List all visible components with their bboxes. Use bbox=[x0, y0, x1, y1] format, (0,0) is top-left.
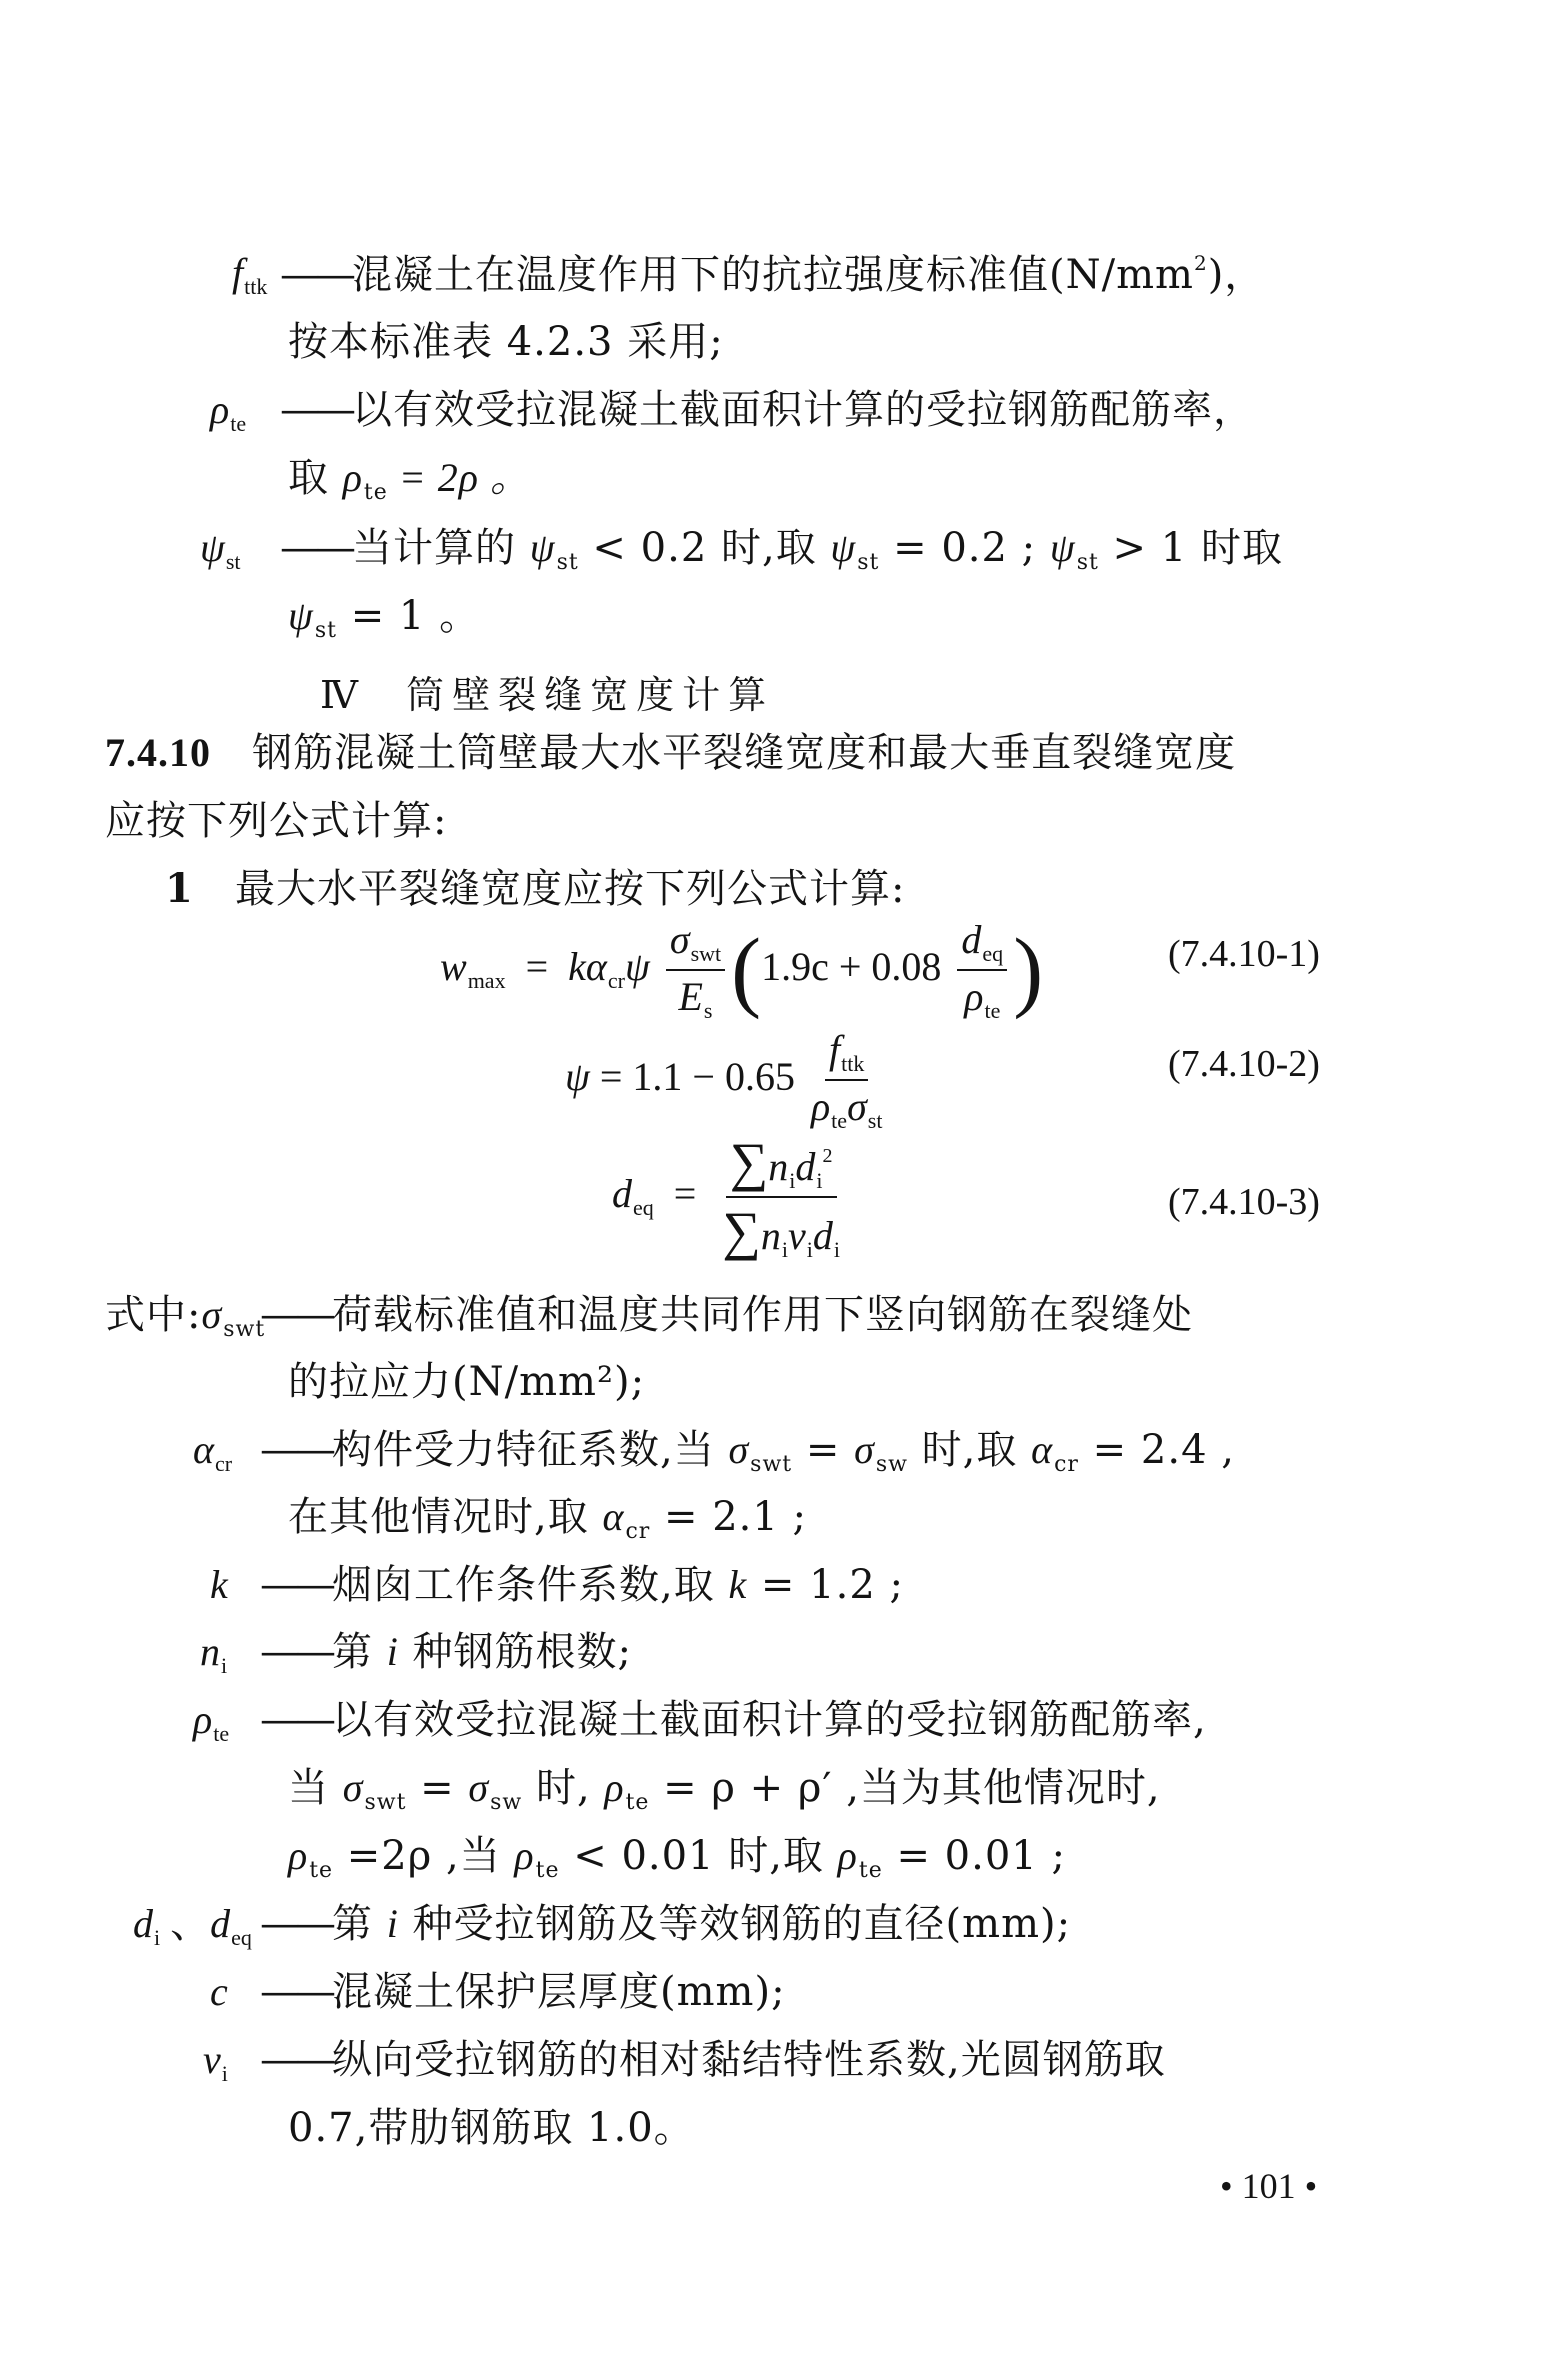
definition-text: 以有效受拉混凝土截面积计算的受拉钢筋配筋率， bbox=[352, 387, 1254, 433]
em-dash: —— bbox=[260, 1427, 332, 1473]
equation-7-4-10-1: wmax = kαcrψ σswt Es (1.9c + 0.08 deq ρt… bbox=[440, 920, 1043, 1022]
symbol-letter: ψ bbox=[1050, 525, 1076, 570]
symbol-letter: ρ bbox=[343, 455, 363, 500]
equation-number-3: (7.4.10-3) bbox=[1168, 1180, 1320, 1224]
eq-symbol: ρ bbox=[811, 1084, 830, 1129]
equation-number-1: (7.4.10-1) bbox=[1168, 932, 1320, 976]
fraction: deq ρte bbox=[957, 920, 1007, 1022]
equation-7-4-10-2: ψ = 1.1 − 0.65 fttk ρteσst bbox=[565, 1030, 888, 1132]
definition-text: 混凝土保护层厚度(mm); bbox=[332, 1969, 786, 2015]
symbol-subscript: st bbox=[315, 618, 337, 643]
text: = 0.2 ; bbox=[879, 525, 1049, 571]
text: 第 bbox=[332, 1901, 387, 1947]
section-numeral: Ⅳ bbox=[320, 673, 366, 717]
em-dash: —— bbox=[260, 1562, 332, 1608]
definition-sigma-swt-line2: 的拉应力(N/mm²); bbox=[288, 1362, 645, 1402]
item-number: 1 bbox=[165, 865, 194, 912]
equation-7-4-10-3: deq = ∑nidi2 ∑niνidi bbox=[612, 1135, 846, 1261]
definition-psi-st-line1: ——当计算的 ψst < 0.2 时,取 ψst = 0.2 ; ψst > 1… bbox=[280, 528, 1283, 574]
section-heading: Ⅳ 筒壁裂缝宽度计算 bbox=[320, 664, 774, 719]
where-label: 式中:σswt bbox=[105, 1295, 265, 1341]
symbol-n-i: ni bbox=[200, 1632, 227, 1677]
definition-psi-st-line2: ψst = 1 。 bbox=[288, 596, 480, 642]
symbol-letter: ψ bbox=[530, 525, 556, 570]
eq-symbol: w bbox=[440, 944, 467, 989]
equation-number-2: (7.4.10-2) bbox=[1168, 1042, 1320, 1086]
definition-k-line1: ——烟囱工作条件系数,取 k = 1.2 ; bbox=[260, 1565, 904, 1605]
text: 时, bbox=[522, 1765, 604, 1811]
text: 时,取 bbox=[908, 1427, 1031, 1473]
eq-subscript: cr bbox=[608, 968, 625, 993]
definition-n-i-line1: ——第 i 种钢筋根数; bbox=[260, 1632, 632, 1672]
text: 当 bbox=[288, 1765, 343, 1811]
text: =2ρ ,当 bbox=[333, 1833, 514, 1879]
definition-c-line1: ——混凝土保护层厚度(mm); bbox=[260, 1972, 786, 2012]
item-text: 最大水平裂缝宽度应按下列公式计算: bbox=[235, 866, 905, 912]
symbol-subscript: st bbox=[857, 550, 879, 575]
symbol-letter: ψ bbox=[830, 525, 856, 570]
text: 种受拉钢筋及等效钢筋的直径(mm); bbox=[399, 1901, 1071, 1947]
text: = ρ + ρ′ ,当为其他情况时, bbox=[649, 1765, 1160, 1811]
em-dash: —— bbox=[260, 1292, 332, 1338]
fraction: σswt Es bbox=[666, 920, 725, 1022]
symbol-letter: d bbox=[133, 1901, 153, 1946]
text: 构件受力特征系数,当 bbox=[332, 1427, 728, 1473]
symbol-subscript: te bbox=[364, 480, 388, 505]
symbol-letter: k bbox=[210, 1562, 228, 1607]
em-dash: —— bbox=[260, 1969, 332, 2015]
em-dash: —— bbox=[260, 1901, 332, 1947]
symbol-letter: k bbox=[728, 1562, 747, 1607]
symbol-subscript: te bbox=[213, 1721, 229, 1746]
symbol-letter: ψ bbox=[288, 593, 314, 638]
item-1: 1 最大水平裂缝宽度应按下列公式计算: bbox=[165, 869, 905, 909]
definition-text-after: )， bbox=[1208, 252, 1266, 298]
section-title: 筒壁裂缝宽度计算 bbox=[406, 673, 774, 717]
text: = 2.4 , bbox=[1079, 1427, 1235, 1473]
eq-symbol: E bbox=[678, 974, 702, 1019]
symbol-letter: c bbox=[210, 1969, 228, 2014]
symbol-letter: n bbox=[200, 1629, 220, 1674]
symbol-subscript: eq bbox=[231, 1925, 252, 1950]
em-dash: —— bbox=[260, 1697, 332, 1743]
symbol-subscript: ttk bbox=[244, 274, 267, 299]
eq-symbol: σ bbox=[670, 917, 690, 962]
eq-symbol: d bbox=[961, 917, 981, 962]
symbol-c: c bbox=[210, 1972, 228, 2012]
text: = 1 。 bbox=[337, 593, 480, 639]
text: < 0.01 时,取 bbox=[560, 1833, 838, 1879]
text: 第 bbox=[332, 1629, 387, 1675]
symbol-subscript: swt bbox=[750, 1452, 792, 1477]
eq-symbol: ψ bbox=[565, 1054, 590, 1099]
text: 烟囱工作条件系数,取 bbox=[332, 1562, 728, 1608]
definition-d-line1: ——第 i 种受拉钢筋及等效钢筋的直径(mm); bbox=[260, 1904, 1071, 1944]
separator: 、 bbox=[160, 1901, 210, 1946]
symbol-letter: σ bbox=[201, 1292, 222, 1337]
eq-symbol: ρ bbox=[964, 974, 983, 1019]
symbol-psi-st: ψst bbox=[200, 528, 241, 573]
eq-symbol: ψ bbox=[625, 944, 650, 989]
symbol-letter: i bbox=[387, 1901, 399, 1946]
definition-rho-te-line2: 取 ρte = 2ρ 。 bbox=[288, 458, 531, 504]
eq-subscript: s bbox=[704, 998, 713, 1023]
eq-subscript: te bbox=[984, 998, 1000, 1023]
symbol-letter: i bbox=[387, 1629, 399, 1674]
symbol-rho-te: ρte bbox=[210, 390, 246, 435]
definition-rho-te-2-line2: 当 σswt = σsw 时, ρte = ρ + ρ′ ,当为其他情况时, bbox=[288, 1768, 1161, 1814]
symbol-subscript: st bbox=[1077, 550, 1099, 575]
symbol-nu-i: νi bbox=[203, 2040, 228, 2085]
eq-subscript: max bbox=[468, 968, 506, 993]
symbol-letter: ρ bbox=[193, 1697, 212, 1742]
eq-subscript: swt bbox=[691, 941, 722, 966]
definition-rho-te-2-line1: ——以有效受拉混凝土截面积计算的受拉钢筋配筋率, bbox=[260, 1700, 1207, 1740]
em-dash: —— bbox=[280, 387, 352, 433]
symbol-subscript: i bbox=[222, 2061, 228, 2086]
symbol-subscript: st bbox=[557, 550, 579, 575]
text: > 1 时取 bbox=[1099, 525, 1283, 571]
eq-subscript: ttk bbox=[841, 1051, 864, 1076]
text: < 0.2 时,取 bbox=[579, 525, 831, 571]
clause-number: 7.4.10 bbox=[105, 730, 211, 775]
text: = 2.1 ; bbox=[650, 1494, 807, 1540]
where-text: 式中: bbox=[105, 1292, 201, 1338]
eq-subscript: st bbox=[868, 1108, 883, 1133]
eq-subscript: eq bbox=[982, 941, 1003, 966]
symbol-d-i-d-eq: di 、deq bbox=[133, 1904, 252, 1949]
symbol-letter: α bbox=[193, 1427, 214, 1472]
text: = bbox=[792, 1427, 854, 1473]
symbol-letter: d bbox=[210, 1901, 230, 1946]
text: 种钢筋根数; bbox=[399, 1629, 632, 1675]
symbol-rho-te-2: ρte bbox=[193, 1700, 229, 1745]
em-dash: —— bbox=[280, 252, 352, 298]
text: 取 bbox=[288, 455, 343, 501]
symbol-subscript: swt bbox=[223, 1317, 265, 1342]
fraction: ∑nidi2 ∑niνidi bbox=[722, 1135, 840, 1261]
symbol-letter: f bbox=[232, 250, 243, 295]
symbol-subscript: st bbox=[226, 549, 241, 574]
clause-7-4-10-line1: 7.4.10 钢筋混凝土筒壁最大水平裂缝宽度和最大垂直裂缝宽度 bbox=[105, 733, 1236, 773]
fraction: fttk ρteσst bbox=[811, 1030, 883, 1132]
eq-text: = 1.1 − 0.65 bbox=[600, 1054, 795, 1099]
eq-symbol: σ bbox=[847, 1084, 867, 1129]
definition-text: 混凝土在温度作用下的抗拉强度标准值(N/mm bbox=[352, 252, 1194, 298]
em-dash: —— bbox=[260, 1629, 332, 1675]
clause-text: 钢筋混凝土筒壁最大水平裂缝宽度和最大垂直裂缝宽度 bbox=[252, 730, 1236, 776]
superscript: 2 bbox=[1194, 251, 1208, 275]
clause-7-4-10-line2: 应按下列公式计算: bbox=[105, 801, 447, 841]
symbol-alpha-cr: αcr bbox=[193, 1430, 232, 1475]
text: = 1.2 ; bbox=[747, 1562, 904, 1608]
definition-sigma-swt-line1: ——荷载标准值和温度共同作用下竖向钢筋在裂缝处 bbox=[260, 1295, 1193, 1335]
text: 在其他情况时,取 bbox=[288, 1494, 602, 1540]
definition-rho-te-2-line3: ρte =2ρ ,当 ρte < 0.01 时,取 ρte = 0.01 ; bbox=[288, 1836, 1066, 1882]
eq-subscript: te bbox=[831, 1108, 847, 1133]
eq-subscript: eq bbox=[633, 1195, 654, 1220]
symbol-subscript: i bbox=[221, 1653, 227, 1678]
definition-nu-i-line1: ——纵向受拉钢筋的相对黏结特性系数,光圆钢筋取 bbox=[260, 2040, 1166, 2080]
symbol-k: k bbox=[210, 1565, 228, 1605]
definition-rho-te-line1: ——以有效受拉混凝土截面积计算的受拉钢筋配筋率， bbox=[280, 390, 1254, 430]
text: = 2ρ 。 bbox=[388, 455, 531, 500]
definition-text: 以有效受拉混凝土截面积计算的受拉钢筋配筋率, bbox=[332, 1697, 1207, 1743]
symbol-f-ttk: fttk bbox=[232, 253, 267, 298]
em-dash: —— bbox=[260, 2037, 332, 2083]
symbol-letter: ψ bbox=[200, 525, 225, 570]
text: = bbox=[406, 1765, 468, 1811]
definition-text: 荷载标准值和温度共同作用下竖向钢筋在裂缝处 bbox=[332, 1292, 1193, 1338]
definition-nu-i-line2: 0.7,带肋钢筋取 1.0。 bbox=[288, 2108, 695, 2148]
definition-f-ttk-line1: ——混凝土在温度作用下的抗拉强度标准值(N/mm2)， bbox=[280, 253, 1265, 295]
definition-alpha-cr-line2: 在其他情况时,取 αcr = 2.1 ; bbox=[288, 1497, 807, 1543]
symbol-letter: ν bbox=[203, 2037, 221, 2082]
eq-text: 1.9c + 0.08 bbox=[761, 944, 941, 989]
definition-alpha-cr-line1: ——构件受力特征系数,当 σswt = σsw 时,取 αcr = 2.4 , bbox=[260, 1430, 1235, 1476]
eq-symbol: kα bbox=[568, 944, 607, 989]
symbol-subscript: te bbox=[230, 411, 246, 436]
definition-text: 纵向受拉钢筋的相对黏结特性系数,光圆钢筋取 bbox=[332, 2037, 1166, 2083]
text: = 0.01 ; bbox=[883, 1833, 1066, 1879]
eq-symbol: f bbox=[829, 1027, 840, 1072]
definition-f-ttk-line2: 按本标准表 4.2.3 采用; bbox=[288, 322, 724, 362]
text: 当计算的 bbox=[352, 525, 530, 571]
page-number: • 101 • bbox=[1220, 2165, 1317, 2207]
symbol-subscript: cr bbox=[215, 1451, 232, 1476]
em-dash: —— bbox=[280, 525, 352, 571]
symbol-letter: ρ bbox=[210, 387, 229, 432]
